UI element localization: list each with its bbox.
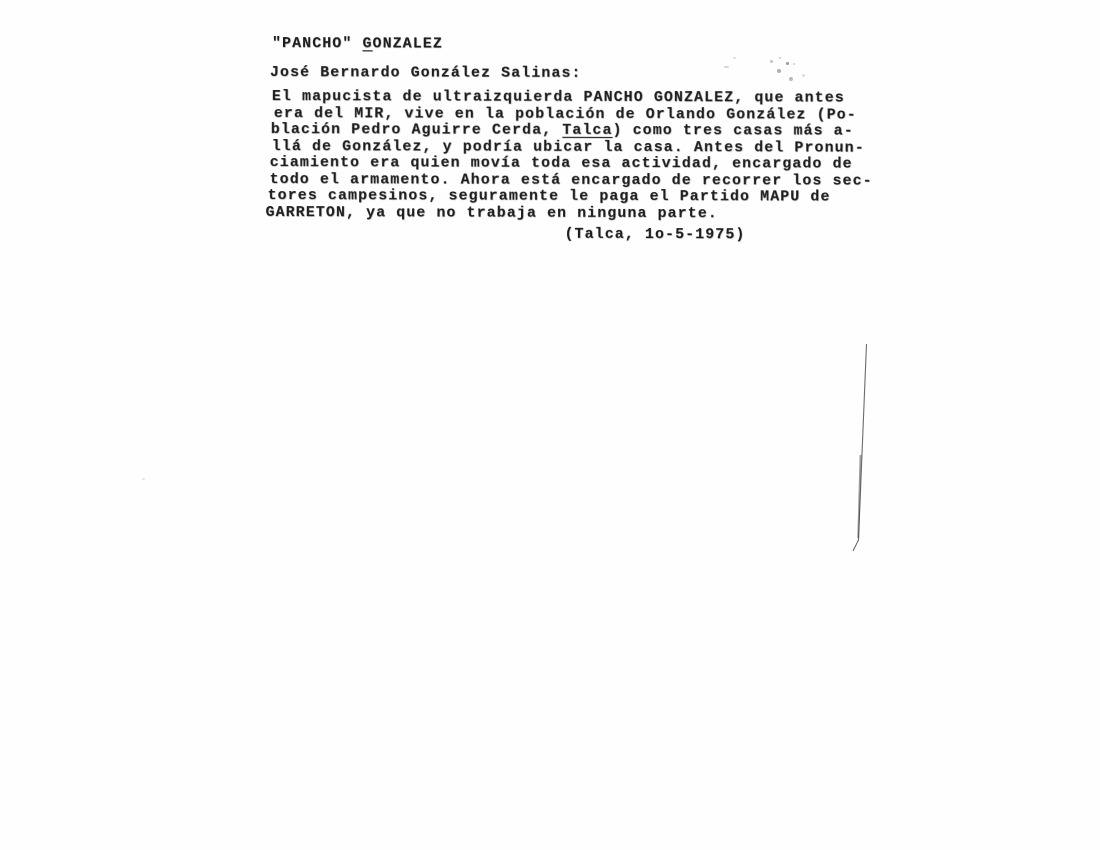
speckle-dot — [793, 63, 795, 65]
scanned-page: "PANCHO" GONZALEZ José Bernardo González… — [0, 0, 1100, 850]
text-segment: "PANCHO" — [272, 36, 363, 52]
text-segment: todo el armamento. Ahora está encargado … — [270, 171, 873, 189]
text-segment: ONZALEZ — [372, 36, 442, 52]
text-segment: blación Pedro Aguirre Cerda, — [271, 122, 563, 139]
text-segment: tores campesinos, seguramente le paga el… — [268, 188, 831, 205]
underlined-text: Talca — [562, 122, 612, 139]
text-segment: ) como tres casas más a- — [612, 122, 853, 140]
body-line: tores campesinos, seguramente le paga el… — [266, 188, 884, 206]
text-segment: llá de González, y podría ubicar la casa… — [272, 138, 865, 156]
body-line: blación Pedro Aguirre Cerda, Talca) como… — [266, 122, 884, 140]
date-line: (Talca, 1o-5-1975) — [265, 226, 883, 244]
speckle-dot — [779, 57, 781, 59]
body-line: GARRETON, ya que no trabaja en ninguna p… — [266, 204, 884, 222]
body-line: ciamiento era quien movía toda esa activ… — [266, 155, 884, 173]
text-segment: era del MIR, vive en la población de Orl… — [274, 105, 857, 123]
speckle-dot — [777, 69, 781, 73]
underlined-text: G — [362, 36, 372, 52]
body-line: todo el armamento. Ahora está encargado … — [266, 171, 884, 189]
text-segment: El mapucista de ultraizquierda PANCHO GO… — [272, 89, 845, 107]
document-title: "PANCHO" GONZALEZ — [266, 36, 884, 54]
document-body: El mapucista de ultraizquierda PANCHO GO… — [265, 89, 883, 244]
body-line: El mapucista de ultraizquierda PANCHO GO… — [266, 89, 884, 107]
text-segment: (Talca, 1o-5-1975) — [564, 226, 745, 243]
speckle-dot — [789, 77, 793, 81]
text-segment: ciamiento era quien movía toda esa activ… — [270, 155, 853, 173]
typewritten-document: "PANCHO" GONZALEZ José Bernardo González… — [265, 36, 884, 244]
body-line: era del MIR, vive en la población de Orl… — [266, 105, 884, 123]
text-segment: GARRETON, ya que no trabaja en ninguna p… — [266, 204, 718, 221]
speckle-dot — [733, 57, 736, 59]
speckle-dot — [142, 478, 145, 480]
speckle-dot — [770, 60, 773, 63]
speckle-dot — [786, 62, 789, 65]
speckle-dot — [802, 74, 805, 77]
speckle-dot — [724, 66, 729, 68]
body-line: llá de González, y podría ubicar la casa… — [266, 138, 884, 156]
